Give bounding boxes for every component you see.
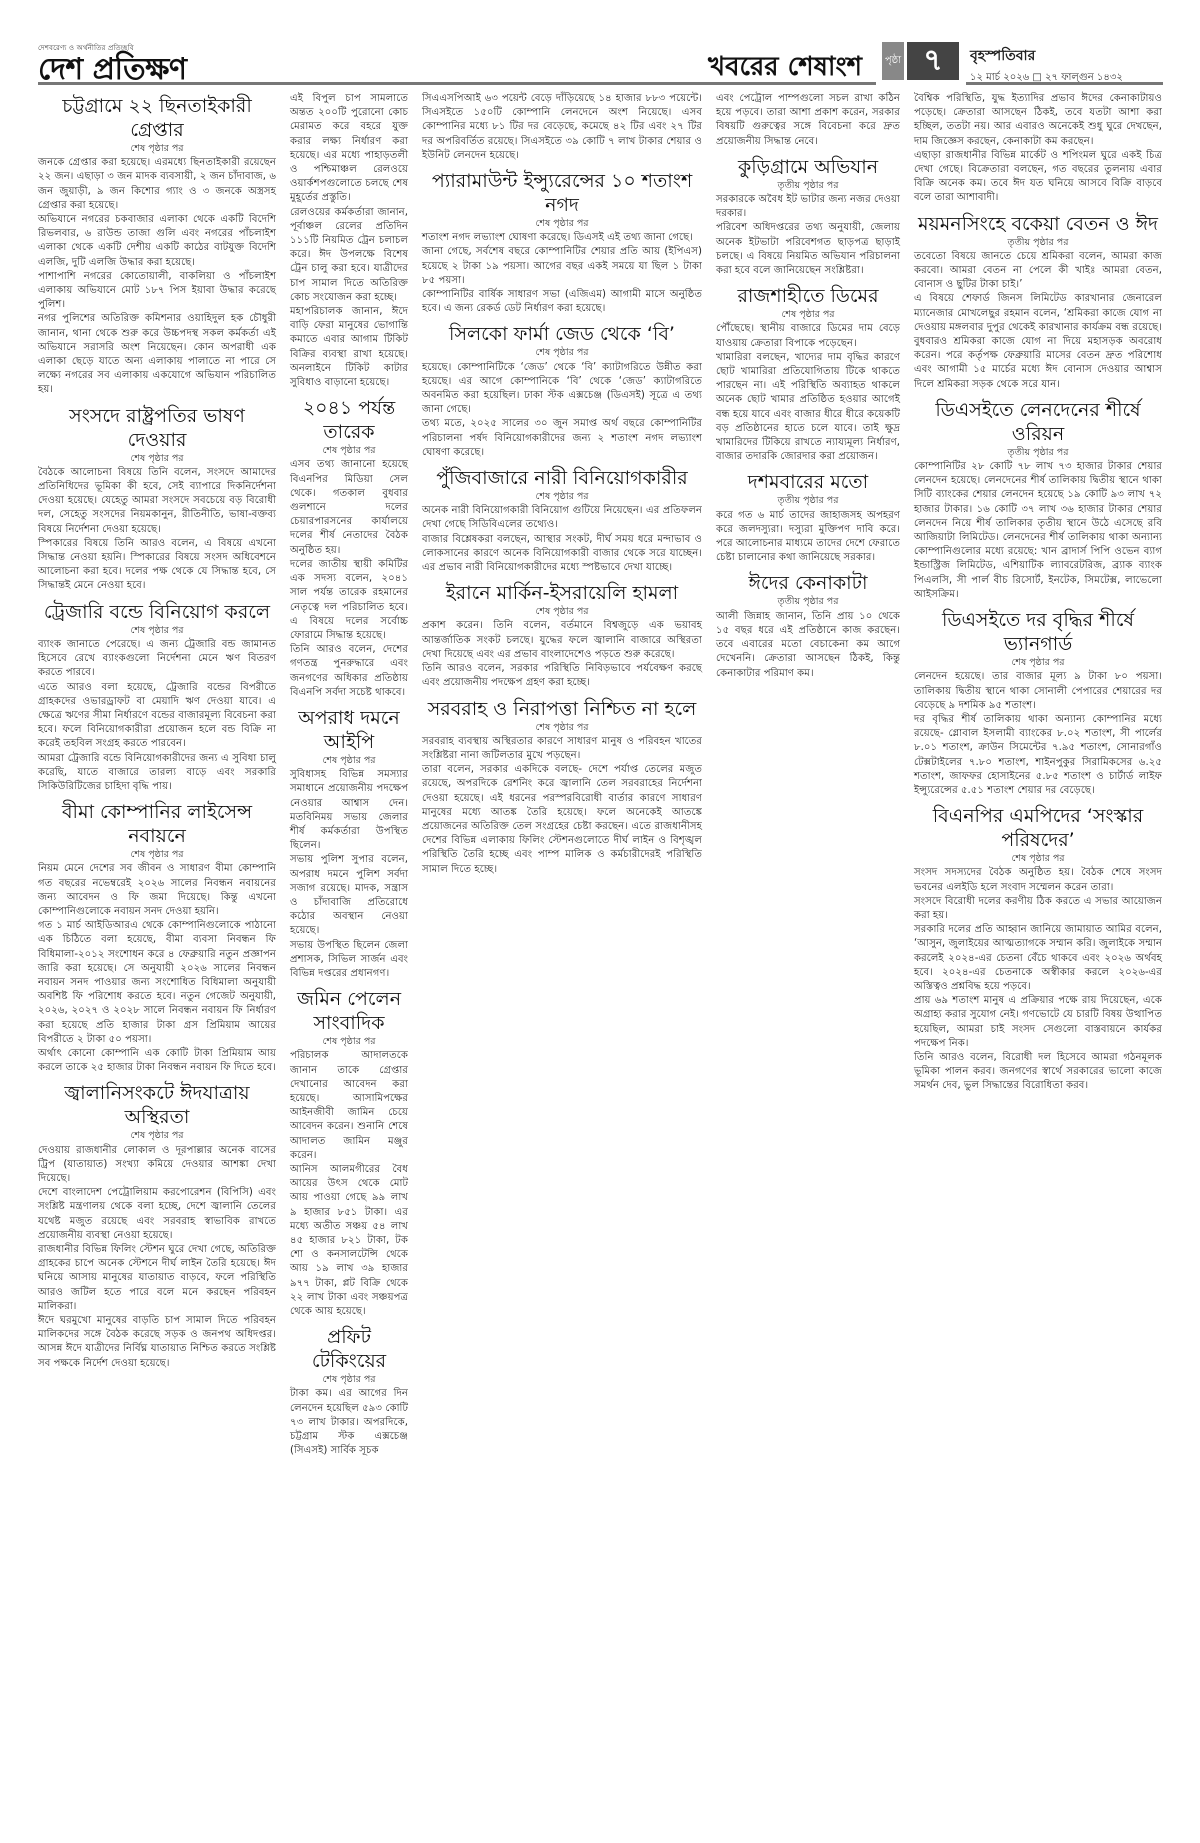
- article-paragraph: তিনি আরও বলেন, দেশের গণতন্ত্র পুনরুদ্ধার…: [290, 643, 408, 700]
- article-paragraph: পরিবেশ অধিদপ্তরের তথ্য অনুযায়ী, জেলায় …: [716, 221, 900, 278]
- article-headline[interactable]: চট্টগ্রামে ২২ ছিনতাইকারী গ্রেপ্তার: [38, 94, 276, 142]
- article-paragraph: হয়েছে। কোম্পানিটিকে ‘জেড’ থেকে ‘বি’ ক্য…: [422, 361, 702, 418]
- article-paragraph: এছাড়া রাজধানীর বিভিন্ন মার্কেট ও শপিংমল…: [914, 149, 1162, 206]
- article-body: অনেক নারী বিনিয়োগকারী বিনিয়োগ গুটিয়ে …: [422, 504, 702, 575]
- article: অপরাধ দমনে আইপি শেষ পৃষ্ঠার পর সুবিধাসহ …: [290, 706, 408, 981]
- article: জমিন পেলেন সাংবাদিক শেষ পৃষ্ঠার পর পরিচা…: [290, 987, 408, 1319]
- article-jump-label: শেষ পৃষ্ঠার পর: [38, 1129, 276, 1143]
- article-jump-label: শেষ পৃষ্ঠার পর: [290, 1373, 408, 1387]
- article-headline[interactable]: অপরাধ দমনে আইপি: [290, 706, 408, 754]
- article-paragraph: সরবরাহ ব্যবস্থায় অস্থিরতার কারণে সাধারণ…: [422, 735, 702, 763]
- column-3: সিএএসপিআই ৬৩ পয়েন্ট বেড়ে দাঁড়িয়েছে ১…: [422, 92, 702, 883]
- article-headline[interactable]: পুঁজিবাজারে নারী বিনিয়োগকারীর: [422, 466, 702, 490]
- article-body: করে গত ৬ মার্চ তাদের জাহাজসহ অপহরণ করে জ…: [716, 509, 900, 566]
- article-jump-label: শেষ পৃষ্ঠার পর: [38, 624, 276, 638]
- article: ঈদের কেনাকাটা তৃতীয় পৃষ্ঠার পর আলী জিন্…: [716, 571, 900, 680]
- article-paragraph: ঈদে ঘরমুখো মানুষের বাড়তি চাপ সামাল দিতে…: [38, 1314, 276, 1371]
- article-body: সংসদ সদস্যদের বৈঠক অনুষ্ঠিত হয়। বৈঠক শে…: [914, 866, 1162, 1093]
- article-body: সরবরাহ ব্যবস্থায় অস্থিরতার কারণে সাধারণ…: [422, 735, 702, 877]
- article-paragraph: আলী জিন্নাহ জানান, তিনি প্রায় ১০ থেকে ১…: [716, 610, 900, 681]
- article-paragraph: সংসদে বিরোধী দলের করণীয় ঠিক করতে এ সভার…: [914, 895, 1162, 923]
- article-paragraph: করে গত ৬ মার্চ তাদের জাহাজসহ অপহরণ করে জ…: [716, 509, 900, 566]
- article-body: এই বিপুল চাপ সামলাতে অন্তত ২০০টি পুরোনো …: [290, 92, 408, 390]
- article-paragraph: তিনি আরও বলেন, সরকার পরিস্থিতি নিবিড়ভাব…: [422, 662, 702, 690]
- article-headline[interactable]: ২০৪১ পর্যন্ত তারেক: [290, 396, 408, 444]
- article-body: সরকারকে অবৈধ ইট ভাটার জন্য নজর দেওয়া দর…: [716, 193, 900, 278]
- article-body: সিএএসপিআই ৬৩ পয়েন্ট বেড়ে দাঁড়িয়েছে ১…: [422, 92, 702, 163]
- header-rule-mid: [576, 82, 876, 85]
- article-jump-label: শেষ পৃষ্ঠার পর: [38, 848, 276, 862]
- article: জ্বালানিসংকটে ঈদযাত্রায় অস্থিরতা শেষ পৃ…: [38, 1081, 276, 1370]
- article-paragraph: পাশাপাশি নগরের কোতোয়ালী, বাকলিয়া ও পাঁ…: [38, 270, 276, 313]
- article-body: সুবিধাসহ বিভিন্ন সমস্যার সমাধানে প্রয়োজ…: [290, 768, 408, 981]
- article: পুঁজিবাজারে নারী বিনিয়োগকারীর শেষ পৃষ্ঠ…: [422, 466, 702, 575]
- article-paragraph: নিয়ম মেনে দেশের সব জীবন ও সাধারণ বীমা ক…: [38, 862, 276, 919]
- article: এই বিপুল চাপ সামলাতে অন্তত ২০০টি পুরোনো …: [290, 92, 408, 390]
- article-jump-label: তৃতীয় পৃষ্ঠার পর: [716, 595, 900, 609]
- article-paragraph: প্রায় ৬৯ শতাংশ মানুষ এ প্রক্রিয়ার পক্ষ…: [914, 994, 1162, 1051]
- article-paragraph: স্পিকারের বিষয়ে তিনি আরও বলেন, এ বিষয়ে…: [38, 537, 276, 594]
- article-paragraph: পৌঁছেছে। স্থানীয় বাজারে ডিমের দাম বেড়ে…: [716, 322, 900, 350]
- article-paragraph: সিএএসপিআই ৬৩ পয়েন্ট বেড়ে দাঁড়িয়েছে ১…: [422, 92, 702, 163]
- article-body: পৌঁছেছে। স্থানীয় বাজারে ডিমের দাম বেড়ে…: [716, 322, 900, 464]
- article: ময়মনসিংহে বকেয়া বেতন ও ঈদ তৃতীয় পৃষ্ঠ…: [914, 212, 1162, 392]
- article-paragraph: দেওয়ায় রাজধানীর লোকাল ও দূরপাল্লার অনে…: [38, 1144, 276, 1187]
- article-jump-label: শেষ পৃষ্ঠার পর: [290, 754, 408, 768]
- article-paragraph: দলের জাতীয় স্থায়ী কমিটির এক সদস্য বলেন…: [290, 558, 408, 643]
- article-paragraph: জানা গেছে, সর্বশেষ বছরে কোম্পানিটির শেয়…: [422, 245, 702, 288]
- article-paragraph: অনেক নারী বিনিয়োগকারী বিনিয়োগ গুটিয়ে …: [422, 504, 702, 532]
- article-headline[interactable]: কুড়িগ্রামে অভিযান: [716, 155, 900, 179]
- article-paragraph: জনকে গ্রেপ্তার করা হয়েছে। এরমধ্যে ছিনতা…: [38, 156, 276, 213]
- article-jump-label: শেষ পৃষ্ঠার পর: [290, 444, 408, 458]
- article-paragraph: কোম্পানিটির বার্ষিক সাধারণ সভা (এজিএম) আ…: [422, 288, 702, 316]
- article: বিএনপির এমপিদের ‘সংস্কার পরিষদের’ শেষ পৃ…: [914, 804, 1162, 1093]
- article: ইরানে মার্কিন-ইসরায়েলি হামলা শেষ পৃষ্ঠা…: [422, 581, 702, 690]
- article-paragraph: সরকারি দলের প্রতি আহ্বান জানিয়ে জামায়া…: [914, 923, 1162, 994]
- article-headline[interactable]: বিএনপির এমপিদের ‘সংস্কার পরিষদের’: [914, 804, 1162, 852]
- article-headline[interactable]: জ্বালানিসংকটে ঈদযাত্রায় অস্থিরতা: [38, 1081, 276, 1129]
- article-paragraph: নগর পুলিশের অতিরিক্ত কমিশনার ওয়াহিদুল হ…: [38, 312, 276, 397]
- article-paragraph: পরিচালক আদালতকে জানান তাকে গ্রেপ্তার দেখ…: [290, 1049, 408, 1163]
- article: রাজশাহীতে ডিমের শেষ পৃষ্ঠার পর পৌঁছেছে। …: [716, 284, 900, 464]
- article-headline[interactable]: সিলকো ফার্মা জেড থেকে ‘বি’: [422, 322, 702, 346]
- article-paragraph: এসব তথ্য জানানো হয়েছে বিএনপির মিডিয়া স…: [290, 458, 408, 557]
- article-paragraph: তারা বলেন, সরকার একদিকে বলছে- দেশে পর্যা…: [422, 763, 702, 877]
- article-paragraph: এবং পেট্রোল পাম্পগুলো সচল রাখা কঠিন হয়ে…: [716, 92, 900, 149]
- article-body: বৈঠকে আলোচনা বিষয়ে তিনি বলেন, সংসদে আমা…: [38, 466, 276, 594]
- article-paragraph: বৈঠকে আলোচনা বিষয়ে তিনি বলেন, সংসদে আমা…: [38, 466, 276, 537]
- column-2: এই বিপুল চাপ সামলাতে অন্তত ২০০টি পুরোনো …: [290, 92, 408, 1464]
- article-paragraph: গত ১ মার্চ আইডিআরএ থেকে কোম্পানিগুলোকে প…: [38, 919, 276, 1047]
- article: বীমা কোম্পানির লাইসেন্স নবায়নে শেষ পৃষ্…: [38, 800, 276, 1075]
- article-jump-label: শেষ পৃষ্ঠার পর: [422, 346, 702, 360]
- article-paragraph: শতাংশ নগদ লভ্যাংশ ঘোষণা করেছে। ডিএসই এই …: [422, 231, 702, 245]
- article-jump-label: শেষ পৃষ্ঠার পর: [38, 142, 276, 156]
- article-paragraph: বৈশ্বিক পরিস্থিতি, যুদ্ধ ইত্যাদির প্রভাব…: [914, 92, 1162, 149]
- column-4: এবং পেট্রোল পাম্পগুলো সচল রাখা কঠিন হয়ে…: [716, 92, 900, 687]
- article-jump-label: তৃতীয় পৃষ্ঠার পর: [914, 446, 1162, 460]
- column-5: বৈশ্বিক পরিস্থিতি, যুদ্ধ ইত্যাদির প্রভাব…: [914, 92, 1162, 1100]
- article-paragraph: সংসদ সদস্যদের বৈঠক অনুষ্ঠিত হয়। বৈঠক শে…: [914, 866, 1162, 894]
- article-paragraph: দর বৃদ্ধির শীর্ষ তালিকায় থাকা অন্যান্য …: [914, 713, 1162, 798]
- article-paragraph: প্রকাশ করেন। তিনি বলেন, বর্তমানে বিশ্বজু…: [422, 619, 702, 662]
- article-body: প্রকাশ করেন। তিনি বলেন, বর্তমানে বিশ্বজু…: [422, 619, 702, 690]
- article-jump-label: শেষ পৃষ্ঠার পর: [38, 452, 276, 466]
- article: ডিএসইতে লেনদেনের শীর্ষে ওরিয়ন তৃতীয় পৃ…: [914, 398, 1162, 602]
- article-paragraph: আমরা ট্রেজারি বন্ডে বিনিয়োগকারীদের জন্য…: [38, 752, 276, 795]
- article: সিলকো ফার্মা জেড থেকে ‘বি’ শেষ পৃষ্ঠার প…: [422, 322, 702, 460]
- article-paragraph: আনিস আলমগীরের বৈধ আয়ের উৎস থেকে মোট আয়…: [290, 1163, 408, 1319]
- article-headline[interactable]: জমিন পেলেন সাংবাদিক: [290, 987, 408, 1035]
- article-paragraph: সভায় উপস্থিত ছিলেন জেলা প্রশাসক, সিভিল …: [290, 939, 408, 982]
- article-body: তবেতো বিষয়ে জানতে চেয়ে শ্রমিকরা বলেন, …: [914, 250, 1162, 392]
- article: ২০৪১ পর্যন্ত তারেক শেষ পৃষ্ঠার পর এসব তথ…: [290, 396, 408, 700]
- dateline: বৃহস্পতিবার ১২ মার্চ ২০২৬ □ ২৭ ফাল্গুন ১…: [970, 44, 1123, 87]
- article-body: টাকা কম। এর আগের দিন লেনদেন হয়েছিল ৫৯৩ …: [290, 1387, 408, 1458]
- article-body: শতাংশ নগদ লভ্যাংশ ঘোষণা করেছে। ডিএসই এই …: [422, 231, 702, 316]
- article-paragraph: সভায় পুলিশ সুপার বলেন, অপরাধ দমনে পুলিশ…: [290, 853, 408, 938]
- article-jump-label: শেষ পৃষ্ঠার পর: [422, 490, 702, 504]
- article-headline[interactable]: ট্রেজারি বন্ডে বিনিয়োগ করলে: [38, 600, 276, 624]
- article-paragraph: টাকা কম। এর আগের দিন লেনদেন হয়েছিল ৫৯৩ …: [290, 1387, 408, 1458]
- article-paragraph: এ বিষয়ে শেফার্ড জিনস লিমিটেড কারখানার জ…: [914, 292, 1162, 391]
- header-rule-left: [38, 82, 576, 85]
- article-paragraph: সুবিধাসহ বিভিন্ন সমস্যার সমাধানে প্রয়োজ…: [290, 768, 408, 853]
- article-paragraph: দেশে বাংলাদেশ পেট্রোলিয়াম করপোরেশন (বিপ…: [38, 1186, 276, 1243]
- article-body: এবং পেট্রোল পাম্পগুলো সচল রাখা কঠিন হয়ে…: [716, 92, 900, 149]
- article-jump-label: শেষ পৃষ্ঠার পর: [914, 852, 1162, 866]
- article: দশমবারের মতো তৃতীয় পৃষ্ঠার পর করে গত ৬ …: [716, 470, 900, 565]
- article-paragraph: অর্থাৎ কোনো কোম্পানি এক কোটি টাকা প্রিমি…: [38, 1047, 276, 1075]
- article-headline[interactable]: সরবরাহ ও নিরাপত্তা নিশ্চিত না হলে: [422, 697, 702, 721]
- header-rule-right: [966, 82, 1163, 85]
- article-body: নিয়ম মেনে দেশের সব জীবন ও সাধারণ বীমা ক…: [38, 862, 276, 1075]
- article-jump-label: শেষ পৃষ্ঠার পর: [914, 656, 1162, 670]
- article-paragraph: এই বিপুল চাপ সামলাতে অন্তত ২০০টি পুরোনো …: [290, 92, 408, 206]
- article-headline[interactable]: ময়মনসিংহে বকেয়া বেতন ও ঈদ: [914, 212, 1162, 236]
- article-body: পরিচালক আদালতকে জানান তাকে গ্রেপ্তার দেখ…: [290, 1049, 408, 1319]
- article-paragraph: ব্যাংক জানাতে পেরেছে। এ জন্য ট্রেজারি বন…: [38, 638, 276, 681]
- article-paragraph: তথ্য মতে, ২০২৫ সালের ৩০ জুন সমাপ্ত অর্থ …: [422, 417, 702, 460]
- masthead: দেশবরেণ্য ও অর্থনীতির প্রতিচ্ছবি দেশ প্র…: [0, 0, 1200, 84]
- article-headline[interactable]: প্রফিট টেকিংয়ের: [290, 1325, 408, 1373]
- logo[interactable]: দেশবরেণ্য ও অর্থনীতির প্রতিচ্ছবি দেশ প্র…: [38, 42, 187, 86]
- article: চট্টগ্রামে ২২ ছিনতাইকারী গ্রেপ্তার শেষ প…: [38, 94, 276, 398]
- article-headline[interactable]: ডিএসইতে লেনদেনের শীর্ষে ওরিয়ন: [914, 398, 1162, 446]
- article-jump-label: তৃতীয় পৃষ্ঠার পর: [716, 494, 900, 508]
- article-jump-label: তৃতীয় পৃষ্ঠার পর: [914, 236, 1162, 250]
- article-jump-label: শেষ পৃষ্ঠার পর: [716, 308, 900, 322]
- article-jump-label: শেষ পৃষ্ঠার পর: [290, 1035, 408, 1049]
- article-paragraph: অভিযানে নগরের চকবাজার এলাকা থেকে একটি বি…: [38, 213, 276, 270]
- article-paragraph: রেলওয়ের কর্মকর্তারা জানান, পূর্বাঞ্চল র…: [290, 206, 408, 305]
- page-tag: পৃষ্ঠা: [882, 42, 904, 80]
- article-body: বৈশ্বিক পরিস্থিতি, যুদ্ধ ইত্যাদির প্রভাব…: [914, 92, 1162, 206]
- article: সরবরাহ ও নিরাপত্তা নিশ্চিত না হলে শেষ পৃ…: [422, 697, 702, 877]
- article: সংসদে রাষ্ট্রপতির ভাষণ দেওয়ার শেষ পৃষ্ঠ…: [38, 404, 276, 594]
- article-jump-label: শেষ পৃষ্ঠার পর: [422, 721, 702, 735]
- article-jump-label: শেষ পৃষ্ঠার পর: [422, 605, 702, 619]
- article: ডিএসইতে দর বৃদ্ধির শীর্ষে ভ্যানগার্ড শেষ…: [914, 608, 1162, 798]
- article-body: হয়েছে। কোম্পানিটিকে ‘জেড’ থেকে ‘বি’ ক্য…: [422, 361, 702, 460]
- article-body: ব্যাংক জানাতে পেরেছে। এ জন্য ট্রেজারি বন…: [38, 638, 276, 794]
- article: সিএএসপিআই ৬৩ পয়েন্ট বেড়ে দাঁড়িয়েছে ১…: [422, 92, 702, 163]
- article: প্যারামাউন্ট ইন্স্যুরেন্সের ১০ শতাংশ নগদ…: [422, 169, 702, 316]
- article-headline[interactable]: বীমা কোম্পানির লাইসেন্স নবায়নে: [38, 800, 276, 848]
- article-paragraph: তবেতো বিষয়ে জানতে চেয়ে শ্রমিকরা বলেন, …: [914, 250, 1162, 293]
- article: এবং পেট্রোল পাম্পগুলো সচল রাখা কঠিন হয়ে…: [716, 92, 900, 149]
- article-paragraph: এতে আরও বলা হয়েছে, ট্রেজারি বন্ডের বিপর…: [38, 681, 276, 752]
- article-body: এসব তথ্য জানানো হয়েছে বিএনপির মিডিয়া স…: [290, 458, 408, 699]
- article-headline[interactable]: প্যারামাউন্ট ইন্স্যুরেন্সের ১০ শতাংশ নগদ: [422, 169, 702, 217]
- article-paragraph: লেনদেন হয়েছে। তার বাজার মূল্য ৯ টাকা ৮০…: [914, 670, 1162, 713]
- article: কুড়িগ্রামে অভিযান তৃতীয় পৃষ্ঠার পর সরক…: [716, 155, 900, 278]
- article-body: জনকে গ্রেপ্তার করা হয়েছে। এরমধ্যে ছিনতা…: [38, 156, 276, 397]
- page-number: ৭: [907, 42, 959, 80]
- column-1: চট্টগ্রামে ২২ ছিনতাইকারী গ্রেপ্তার শেষ প…: [38, 92, 276, 1377]
- article-jump-label: তৃতীয় পৃষ্ঠার পর: [716, 179, 900, 193]
- article-paragraph: তিনি আরও বলেন, বিরোধী দল হিসেবে আমরা গঠন…: [914, 1051, 1162, 1094]
- article-paragraph: কোম্পানিটির ২৮ কোটি ৭৮ লাখ ৭৩ হাজার টাকা…: [914, 460, 1162, 602]
- article-headline[interactable]: দশমবারের মতো: [716, 470, 900, 494]
- article-headline[interactable]: সংসদে রাষ্ট্রপতির ভাষণ দেওয়ার: [38, 404, 276, 452]
- article-body: দেওয়ায় রাজধানীর লোকাল ও দূরপাল্লার অনে…: [38, 1144, 276, 1371]
- article-paragraph: রাজধানীর বিভিন্ন ফিলিং স্টেশন ঘুরে দেখা …: [38, 1243, 276, 1314]
- article-headline[interactable]: ইরানে মার্কিন-ইসরায়েলি হামলা: [422, 581, 702, 605]
- article: ট্রেজারি বন্ডে বিনিয়োগ করলে শেষ পৃষ্ঠার…: [38, 600, 276, 794]
- article-body: লেনদেন হয়েছে। তার বাজার মূল্য ৯ টাকা ৮০…: [914, 670, 1162, 798]
- article-paragraph: বাজার বিশ্লেষকরা বলছেন, আস্থার সংকট, দীর…: [422, 533, 702, 576]
- day: বৃহস্পতিবার: [970, 44, 1123, 68]
- article-headline[interactable]: ডিএসইতে দর বৃদ্ধির শীর্ষে ভ্যানগার্ড: [914, 608, 1162, 656]
- article: প্রফিট টেকিংয়ের শেষ পৃষ্ঠার পর টাকা কম।…: [290, 1325, 408, 1458]
- article-paragraph: মহাপরিচালক জানান, ঈদে বাড়ি ফেরা মানুষের…: [290, 305, 408, 390]
- article-body: কোম্পানিটির ২৮ কোটি ৭৮ লাখ ৭৩ হাজার টাকা…: [914, 460, 1162, 602]
- article-body: আলী জিন্নাহ জানান, তিনি প্রায় ১০ থেকে ১…: [716, 610, 900, 681]
- article-paragraph: সরকারকে অবৈধ ইট ভাটার জন্য নজর দেওয়া দর…: [716, 193, 900, 221]
- article-headline[interactable]: ঈদের কেনাকাটা: [716, 571, 900, 595]
- article-paragraph: খামারিরা বলছেন, খাদ্যের দাম বৃদ্ধির কারণ…: [716, 351, 900, 465]
- article-jump-label: শেষ পৃষ্ঠার পর: [422, 217, 702, 231]
- article: বৈশ্বিক পরিস্থিতি, যুদ্ধ ইত্যাদির প্রভাব…: [914, 92, 1162, 206]
- article-headline[interactable]: রাজশাহীতে ডিমের: [716, 284, 900, 308]
